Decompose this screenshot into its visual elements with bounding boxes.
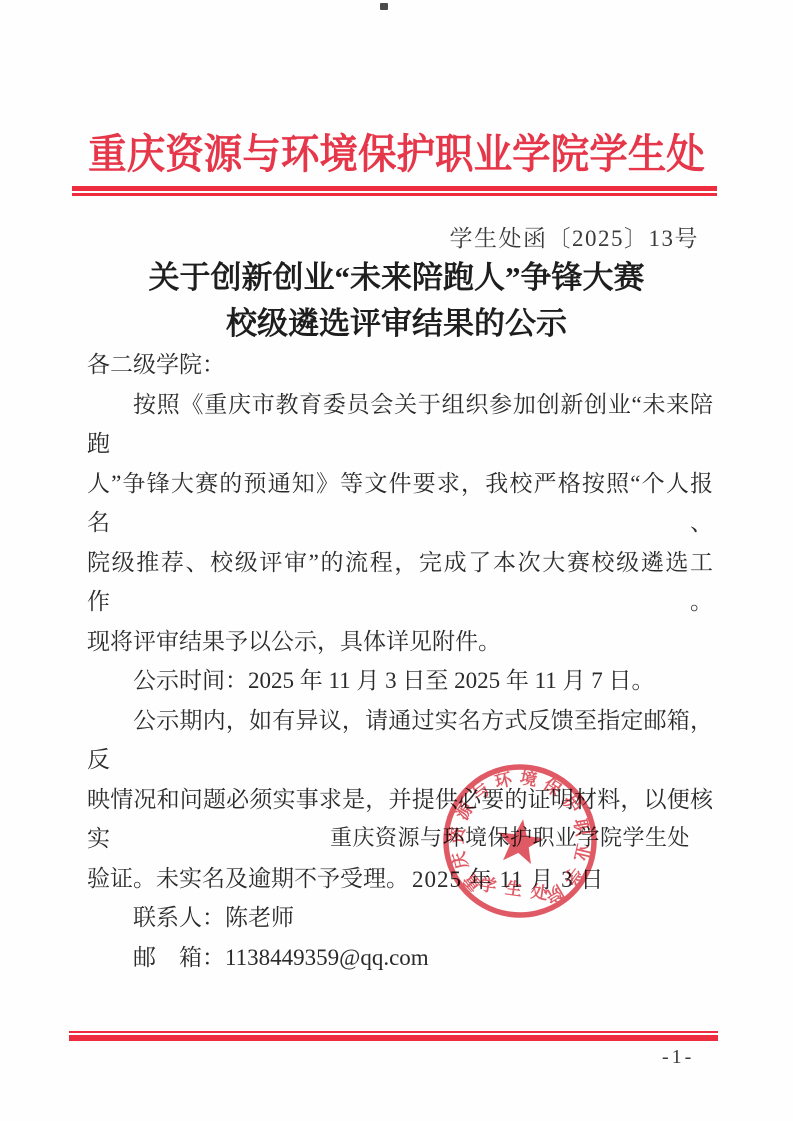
footer-rule: [69, 1031, 718, 1041]
body-line: 公示期内，如有异议，请通过实名方式反馈至指定邮箱，反: [87, 701, 713, 780]
body-line: 按照《重庆市教育委员会关于组织参加创新创业“未来陪跑: [87, 385, 713, 464]
scan-artifact: [380, 3, 388, 10]
seal-star-icon: [494, 816, 545, 865]
salutation: 各二级学院：: [87, 345, 713, 385]
letterhead-title: 重庆资源与环境保护职业学院学生处: [24, 121, 769, 180]
notice-title-line1: 关于创新创业“未来陪跑人”争锋大赛: [0, 255, 793, 301]
document-page: 重庆资源与环境保护职业学院学生处 学生处函〔2025〕13号 关于创新创业“未来…: [0, 0, 793, 1121]
body-line: 院级推荐、校级评审”的流程，完成了本次大赛校级遴选工作。: [87, 543, 713, 622]
contact-person-line: 联系人：陈老师: [87, 898, 713, 938]
body-line: 人”争锋大赛的预通知》等文件要求，我校严格按照“个人报名、: [87, 464, 713, 543]
notice-body: 各二级学院： 按照《重庆市教育委员会关于组织参加创新创业“未来陪跑 人”争锋大赛…: [87, 345, 713, 977]
body-line: 验证。未实名及逾期不予受理。: [87, 859, 713, 899]
publicity-period-line: 公示时间：2025 年 11 月 3 日至 2025 年 11 月 7 日。: [87, 661, 713, 701]
page-number: -1-: [662, 1046, 694, 1069]
body-line: 现将评审结果予以公示，具体详见附件。: [87, 622, 713, 662]
notice-title: 关于创新创业“未来陪跑人”争锋大赛 校级遴选评审结果的公示: [0, 255, 793, 347]
contact-email-line: 邮 箱：1138449359@qq.com: [87, 938, 713, 978]
official-seal: 重庆资源与环境保护职业学院 学生处: [426, 747, 613, 934]
header-rule: [72, 186, 717, 196]
document-number: 学生处函〔2025〕13号: [450, 220, 700, 253]
seal-bottom-text: 学生处: [478, 874, 558, 905]
notice-title-line2: 校级遴选评审结果的公示: [0, 301, 793, 347]
